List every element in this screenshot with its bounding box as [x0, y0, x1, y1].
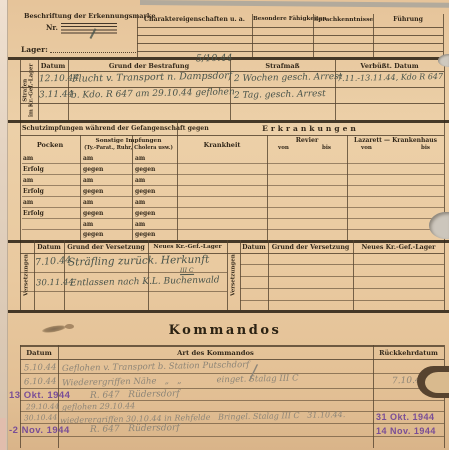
strafen-row-strafmass: 2 Tag. gesch. Arrest — [234, 89, 326, 101]
impf-cell: Erfolg — [23, 166, 44, 173]
versetz-header-neues-lager: Neues Kr.-Gef.-Lager — [148, 244, 227, 250]
grid-line — [137, 35, 443, 36]
kom-header-rueckkehrdatum: Rückkehrdatum — [373, 349, 444, 357]
grid-line — [132, 135, 133, 240]
grid-line — [267, 135, 268, 240]
impf-cell: am — [135, 221, 145, 228]
scanned-pow-record-card: Beschriftung der Erkennungsmarke Nr. Lag… — [0, 0, 449, 450]
erkennungsmarke-label: Beschriftung der Erkennungsmarke — [24, 12, 139, 20]
lazarett-von-label: von — [361, 145, 372, 151]
column-header-charakter: Charaktereigenschaften u. a. — [139, 16, 250, 23]
date-stamp: 31 Okt. 1944 — [376, 412, 435, 422]
kom-header-datum: Datum — [20, 349, 58, 357]
grid-line — [137, 27, 443, 28]
rule-line — [20, 436, 444, 437]
impf-cell: gegen — [83, 166, 103, 173]
impf-cell: am — [83, 155, 93, 162]
pocken-label: Pocken — [20, 141, 80, 149]
paper-edge-mark — [0, 418, 6, 450]
grid-line — [137, 51, 443, 52]
kom-row-datum: 30.10.44 — [24, 413, 58, 423]
impf-cell: gegen — [83, 231, 103, 238]
revier-bis-label: bis — [322, 145, 331, 151]
rule-line — [20, 388, 444, 389]
impf-cell: am — [23, 199, 33, 206]
impf-cell: am — [135, 155, 145, 162]
versetz-row-datum: 30.11.44 — [36, 278, 74, 289]
grid-line — [177, 120, 178, 240]
section-divider — [8, 120, 449, 123]
kom-row-datum: 5.10.44 — [24, 363, 57, 374]
versetz-header-datum: Datum — [34, 244, 64, 251]
impf-cell: am — [83, 177, 93, 184]
strafen-side-label: Strafen im Kr.-Gef.-Lager — [20, 60, 38, 120]
impf-cell: Erfolg — [23, 188, 44, 195]
erkrankungen-title: Erkrankungen — [179, 124, 442, 133]
lazarett-label: Lazarett — Krankenhaus — [348, 137, 443, 144]
paper-edge-strip — [0, 0, 8, 450]
impf-cell: Erfolg — [23, 210, 44, 217]
versetzungen-side-label-right: Versetzungen — [227, 240, 240, 310]
grid-line — [148, 240, 149, 310]
grid-line — [20, 103, 444, 104]
versetz-header-grund: Grund der Versetzung — [64, 244, 148, 251]
sonstige-impfungen-label: Sonstige Impfungen — [81, 138, 176, 144]
strafen-header-verbuesst: Verbüßt. Datum — [335, 62, 444, 70]
sonstige-impfungen-sublabel: (Ty.-Parat., Ruhr, Cholera usw.) — [81, 145, 176, 151]
grid-line — [443, 14, 444, 57]
grid-line — [444, 60, 445, 310]
lazarett-bis-label: bis — [421, 145, 430, 151]
kom-row-datum: 6.10.44 — [24, 377, 57, 388]
impf-cell: am — [23, 177, 33, 184]
section-divider — [8, 310, 449, 313]
kom-row-art: geflohen 29.10.44 — [62, 401, 135, 412]
grid-line — [373, 345, 374, 448]
impf-cell: am — [83, 199, 93, 206]
grid-line — [20, 253, 444, 254]
rule-line — [22, 229, 444, 230]
rule-line — [240, 300, 444, 301]
grid-line — [227, 240, 228, 310]
rule-line — [22, 185, 444, 186]
ink-stain — [65, 324, 74, 329]
grid-line — [347, 135, 348, 240]
date-stamp: -2 Nov. 1944 — [9, 425, 70, 436]
date-stamp: 13 Okt. 1944 — [9, 390, 70, 401]
rule-line — [22, 218, 444, 219]
rule-line — [22, 196, 444, 197]
rule-line — [20, 272, 227, 273]
torn-hole-backing — [425, 372, 449, 393]
impf-cell: gegen — [83, 188, 103, 195]
versetz-header-neues-lager: Neues Kr.-Gef.-Lager — [353, 244, 444, 251]
grid-line — [137, 43, 443, 44]
date-stamp: 14 Nov. 1944 — [376, 426, 436, 436]
grid-line — [20, 135, 444, 136]
versetz-header-datum: Datum — [240, 244, 268, 251]
nr-label: Nr. — [46, 23, 58, 32]
kommandos-title: Kommandos — [130, 323, 320, 338]
krankheit-label: Krankheit — [177, 141, 267, 149]
grid-line — [64, 240, 65, 310]
versetz-row-note: III C — [180, 267, 194, 275]
kom-row-art: R. 647 Rüdersdorf — [90, 423, 180, 435]
grid-line — [34, 240, 35, 310]
kom-row-datum: 29.10.44 — [26, 402, 60, 412]
versetzungen-side-label-left: Versetzungen — [20, 240, 34, 310]
revier-label: Revier — [267, 137, 347, 144]
rule-line — [20, 291, 227, 292]
versetz-header-grund: Grund der Versetzung — [268, 244, 353, 251]
lager-label: Lager: — [21, 45, 48, 54]
column-header-sprachkenntnisse: Sprachkenntnisse — [314, 16, 372, 23]
column-header-faehigkeiten: Besondere Fähigkeiten — [253, 16, 312, 22]
impf-cell: am — [135, 199, 145, 206]
column-header-fuehrung: Führung — [374, 16, 442, 23]
nr-ruled-lines — [61, 23, 117, 35]
rule-line — [20, 400, 444, 401]
rule-line — [240, 288, 444, 289]
impf-cell: gegen — [135, 231, 155, 238]
impf-cell: gegen — [135, 166, 155, 173]
rule-line — [240, 276, 444, 277]
rule-line — [240, 264, 444, 265]
strafen-row-datum: 3.11.44 — [39, 90, 74, 101]
rule-line — [22, 163, 444, 164]
kom-header-art: Art des Kommandos — [58, 349, 373, 357]
impf-cell: gegen — [83, 210, 103, 217]
impf-cell: am — [83, 221, 93, 228]
impf-cell: am — [135, 177, 145, 184]
impf-cell: am — [23, 155, 33, 162]
impfungen-title: Schutzimpfungen während der Gefangenscha… — [22, 125, 175, 132]
strafen-header-strafmass: Strafmaß — [230, 62, 335, 70]
impf-cell: gegen — [135, 188, 155, 195]
lager-blank-line — [50, 45, 136, 53]
rule-line — [22, 207, 444, 208]
impf-cell: gegen — [135, 210, 155, 217]
kom-row-art: R. 647 Rüdersdorf — [90, 389, 180, 401]
grid-line — [20, 345, 444, 347]
torn-hole — [417, 366, 449, 398]
strafen-header-datum: Datum — [38, 62, 68, 70]
rule-line — [22, 174, 444, 175]
grid-line — [335, 60, 336, 120]
grid-line — [80, 135, 81, 240]
handwritten-date-annotation: 5/10.44 — [196, 53, 233, 65]
revier-von-label: von — [278, 145, 289, 151]
